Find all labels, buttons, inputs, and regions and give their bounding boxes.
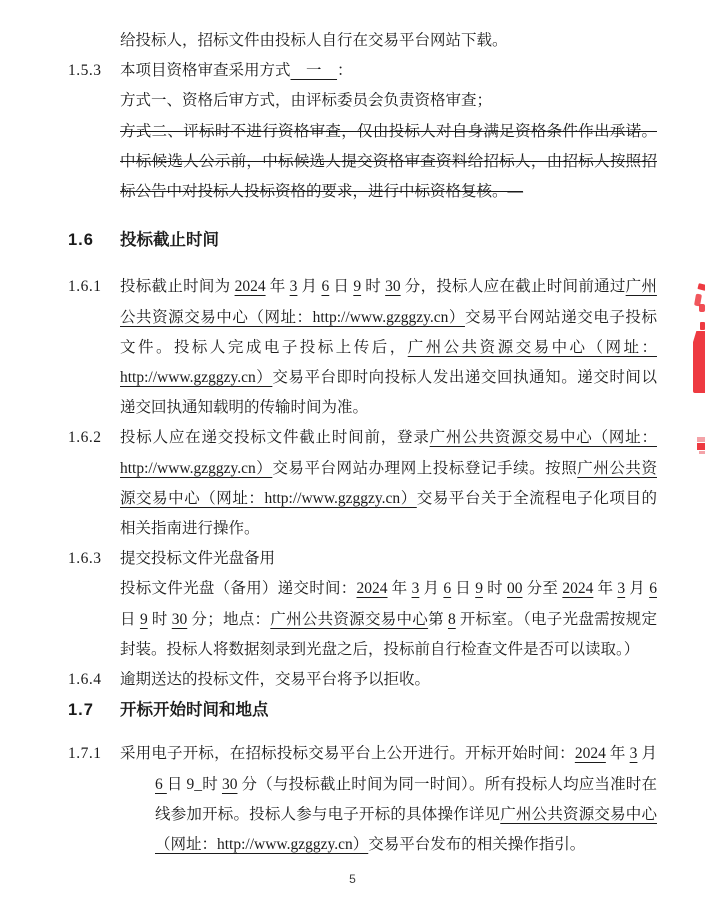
text-run: 日 9_时 [167,776,222,793]
heading-text: 投标截止时间 [120,225,657,255]
struck-text: 方式二、评标时不进行资格审查，仅由投标人对自身满足资格条件作出承诺。中标候选人公… [120,123,657,200]
text-run: 日 [451,580,475,597]
underlined-text: 30 [172,611,188,628]
text-run: 分至 [523,580,563,597]
text-run: 交易平台发布的相关操作指引。 [368,836,585,853]
section-number: 1.6.4 [68,665,120,695]
text-run: 年 [266,278,290,295]
text-run: 投标截止时间为 [120,278,235,295]
text-run: 年 [593,580,617,597]
text-run: ： [337,62,353,79]
text-run: 投标截止时间 [120,231,219,249]
paragraph-text: 逾期送达的投标文件，交易平台将予以拒收。 [120,665,657,695]
text-run: 时 [361,278,385,295]
text-run: 年 [606,745,630,762]
clause-1-6-2: 1.6.2投标人应在递交投标文件截止时间前，登录广州公共资源交易中心（网址：ht… [68,423,657,544]
paragraph-text: 方式二、评标时不进行资格审查，仅由投标人对自身满足资格条件作出承诺。中标候选人公… [120,117,657,208]
text-run: 第 [428,611,448,628]
text-run: 日 [329,278,353,295]
underlined-text: 30 [385,278,401,295]
underlined-text: 30 [222,776,238,793]
paragraph-text: 本项目资格审查采用方式 一 ： [120,56,657,86]
text-run: 日 [120,611,140,628]
underlined-text: 2024 [235,278,266,295]
text-run: 投标文件光盘（备用）递交时间： [120,580,357,597]
clause-1-6-3: 1.6.3提交投标文件光盘备用 [68,544,657,574]
underlined-text: 2024 [575,745,606,762]
section-number: 1.6.3 [68,544,120,574]
section-number: 1.7 [68,695,120,725]
text-run: 月 [419,580,443,597]
underlined-text: 6 [443,580,451,597]
text-run: 月 [625,580,649,597]
text-run: 时 [148,611,172,628]
section-number: 1.5.3 [68,56,120,86]
text-run: 年 [388,580,412,597]
paragraph-text: 采用电子开标，在招标投标交易平台上公开进行。开标开始时间：2024 年 3 月 … [120,739,657,860]
red-ink-mark-mid-dash [700,322,705,330]
red-ink-mark-top-stroke-2 [699,304,705,312]
red-ink-mark-mid-bar [693,331,705,393]
underlined-text: 2024 [562,580,593,597]
heading-1-6: 1.6投标截止时间 [68,225,657,255]
document-body: 给投标人，招标文件由投标人自行在交易平台网站下载。1.5.3本项目资格审查采用方… [68,26,657,860]
underlined-text: 一 [291,62,338,79]
text-run: 提交投标文件光盘备用 [120,550,275,567]
red-ink-mark-low-light-2 [699,451,705,454]
section-number: 1.7.1 [68,739,120,769]
red-ink-mark-low-solid [697,443,705,450]
underlined-text: 9 [353,278,361,295]
paragraph-text: 投标文件光盘（备用）递交时间：2024 年 3 月 6 日 9 时 00 分至 … [120,574,657,665]
text-run: 投标人应在递交投标文件截止时间前，登录 [120,429,430,446]
underlined-text: 3 [617,580,625,597]
document-page: 给投标人，招标文件由投标人自行在交易平台网站下载。1.5.3本项目资格审查采用方… [0,0,705,914]
text-run: 本项目资格审查采用方式 [120,62,291,79]
red-ink-mark-low-light [697,437,705,442]
section-number: 1.6 [68,225,120,255]
clause-1-5-3-option-1: 方式一、资格后审方式，由评标委员会负责资格审查； [68,86,657,116]
text-run: 时 [483,580,507,597]
clause-1-6-1: 1.6.1投标截止时间为 2024 年 3 月 6 日 9 时 30 分，投标人… [68,272,657,423]
clause-1-7-1: 1.7.1采用电子开标，在招标投标交易平台上公开进行。开标开始时间：2024 年… [68,739,657,860]
paragraph-text: 给投标人，招标文件由投标人自行在交易平台网站下载。 [120,26,657,56]
section-number: 1.6.2 [68,423,120,453]
text-run: 分，投标人应在截止时间前通过 [401,278,626,295]
red-ink-mark-top-dash [697,283,705,291]
paragraph-text: 提交投标文件光盘备用 [120,544,657,574]
text-run: 分；地点： [187,611,270,628]
paragraph-text: 投标人应在递交投标文件截止时间前，登录广州公共资源交易中心（网址：http://… [120,423,657,544]
clause-1-5-2-continuation: 给投标人，招标文件由投标人自行在交易平台网站下载。 [68,26,657,56]
underlined-text: 6 [155,776,167,793]
text-run: 开标开始时间和地点 [120,701,269,719]
clause-1-5-3: 1.5.3本项目资格审查采用方式 一 ： [68,56,657,86]
underlined-text: 00 [507,580,523,597]
clause-1-5-3-option-2-struck: 方式二、评标时不进行资格审查，仅由投标人对自身满足资格条件作出承诺。中标候选人公… [68,117,657,208]
heading-text: 开标开始时间和地点 [120,695,657,725]
text-run: 逾期送达的投标文件，交易平台将予以拒收。 [120,671,430,688]
underlined-text: 8 [448,611,456,628]
text-run: 交易平台网站办理网上投标登记手续。按照 [272,460,577,477]
paragraph-text: 投标截止时间为 2024 年 3 月 6 日 9 时 30 分，投标人应在截止时… [120,272,657,423]
underlined-text: 6 [649,580,657,597]
text-run: 月 [297,278,321,295]
text-run: 方式一、资格后审方式，由评标委员会负责资格审查； [120,92,492,109]
heading-1-7: 1.7开标开始时间和地点 [68,695,657,725]
underlined-text: 2024 [357,580,388,597]
text-run: 采用电子开标，在招标投标交易平台上公开进行。开标开始时间： [120,745,575,762]
underlined-text: 9 [475,580,483,597]
clause-1-6-4: 1.6.4逾期送达的投标文件，交易平台将予以拒收。 [68,665,657,695]
clause-1-6-3-detail: 投标文件光盘（备用）递交时间：2024 年 3 月 6 日 9 时 00 分至 … [68,574,657,665]
text-run: 月 [637,745,657,762]
section-number: 1.6.1 [68,272,120,302]
underlined-text: 9 [140,611,148,628]
paragraph-text: 方式一、资格后审方式，由评标委员会负责资格审查； [120,86,657,116]
text-run: 给投标人，招标文件由投标人自行在交易平台网站下载。 [120,32,508,49]
underlined-text: 广州公共资源交易中心 [270,611,428,628]
page-number: 5 [0,872,705,886]
